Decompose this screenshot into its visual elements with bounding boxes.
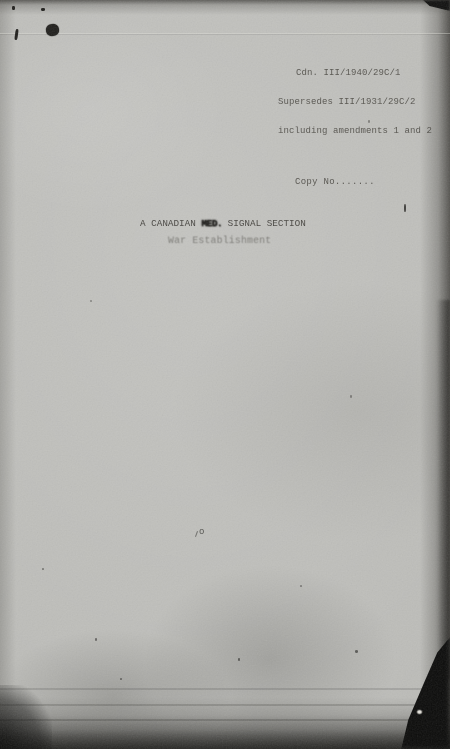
ink-speck xyxy=(12,6,15,10)
ink-speck xyxy=(95,638,97,641)
ink-speck xyxy=(120,678,122,680)
ink-blot xyxy=(45,23,60,37)
emulsion-flaw-speck xyxy=(417,710,422,714)
ink-speck xyxy=(41,8,45,11)
title-prefix: A CANADIAN xyxy=(140,218,201,229)
stray-mark-slash xyxy=(195,531,198,537)
reference-line-1: Cdn. III/1940/29C/1 xyxy=(278,69,432,79)
ink-speck xyxy=(350,395,352,398)
scanned-document-page: Cdn. III/1940/29C/1 Supersedes III/1931/… xyxy=(0,0,450,749)
title-overstruck-word: MED. xyxy=(201,218,222,229)
ink-speck xyxy=(238,658,240,661)
photo-edge-bottom xyxy=(0,715,450,749)
photo-edge-bottom-left xyxy=(0,685,52,749)
document-title: A CANADIAN MED. SIGNAL SECTION xyxy=(140,218,306,229)
ink-speck xyxy=(42,568,44,570)
ink-speck xyxy=(300,585,302,587)
reference-block: Cdn. III/1940/29C/1 Supersedes III/1931/… xyxy=(278,50,432,156)
reference-line-2: Supersedes III/1931/29C/2 xyxy=(278,98,432,108)
photo-edge-right xyxy=(436,300,450,680)
ink-speck xyxy=(404,204,406,212)
document-subtitle: War Establishment xyxy=(168,235,271,246)
ink-speck xyxy=(355,650,358,653)
title-suffix: SIGNAL SECTION xyxy=(222,218,306,229)
film-scratch-line xyxy=(0,688,450,690)
ink-speck xyxy=(368,120,370,123)
ink-speck xyxy=(90,300,92,302)
photo-edge-top-right xyxy=(420,0,450,11)
film-scratch-line xyxy=(0,704,450,706)
stray-mark: o xyxy=(199,527,204,537)
film-scratch-line xyxy=(0,33,450,34)
reference-line-3: including amendments 1 and 2 xyxy=(278,127,432,137)
ink-dash-mark xyxy=(14,29,19,40)
copy-number-line: Copy No....... xyxy=(295,177,375,187)
